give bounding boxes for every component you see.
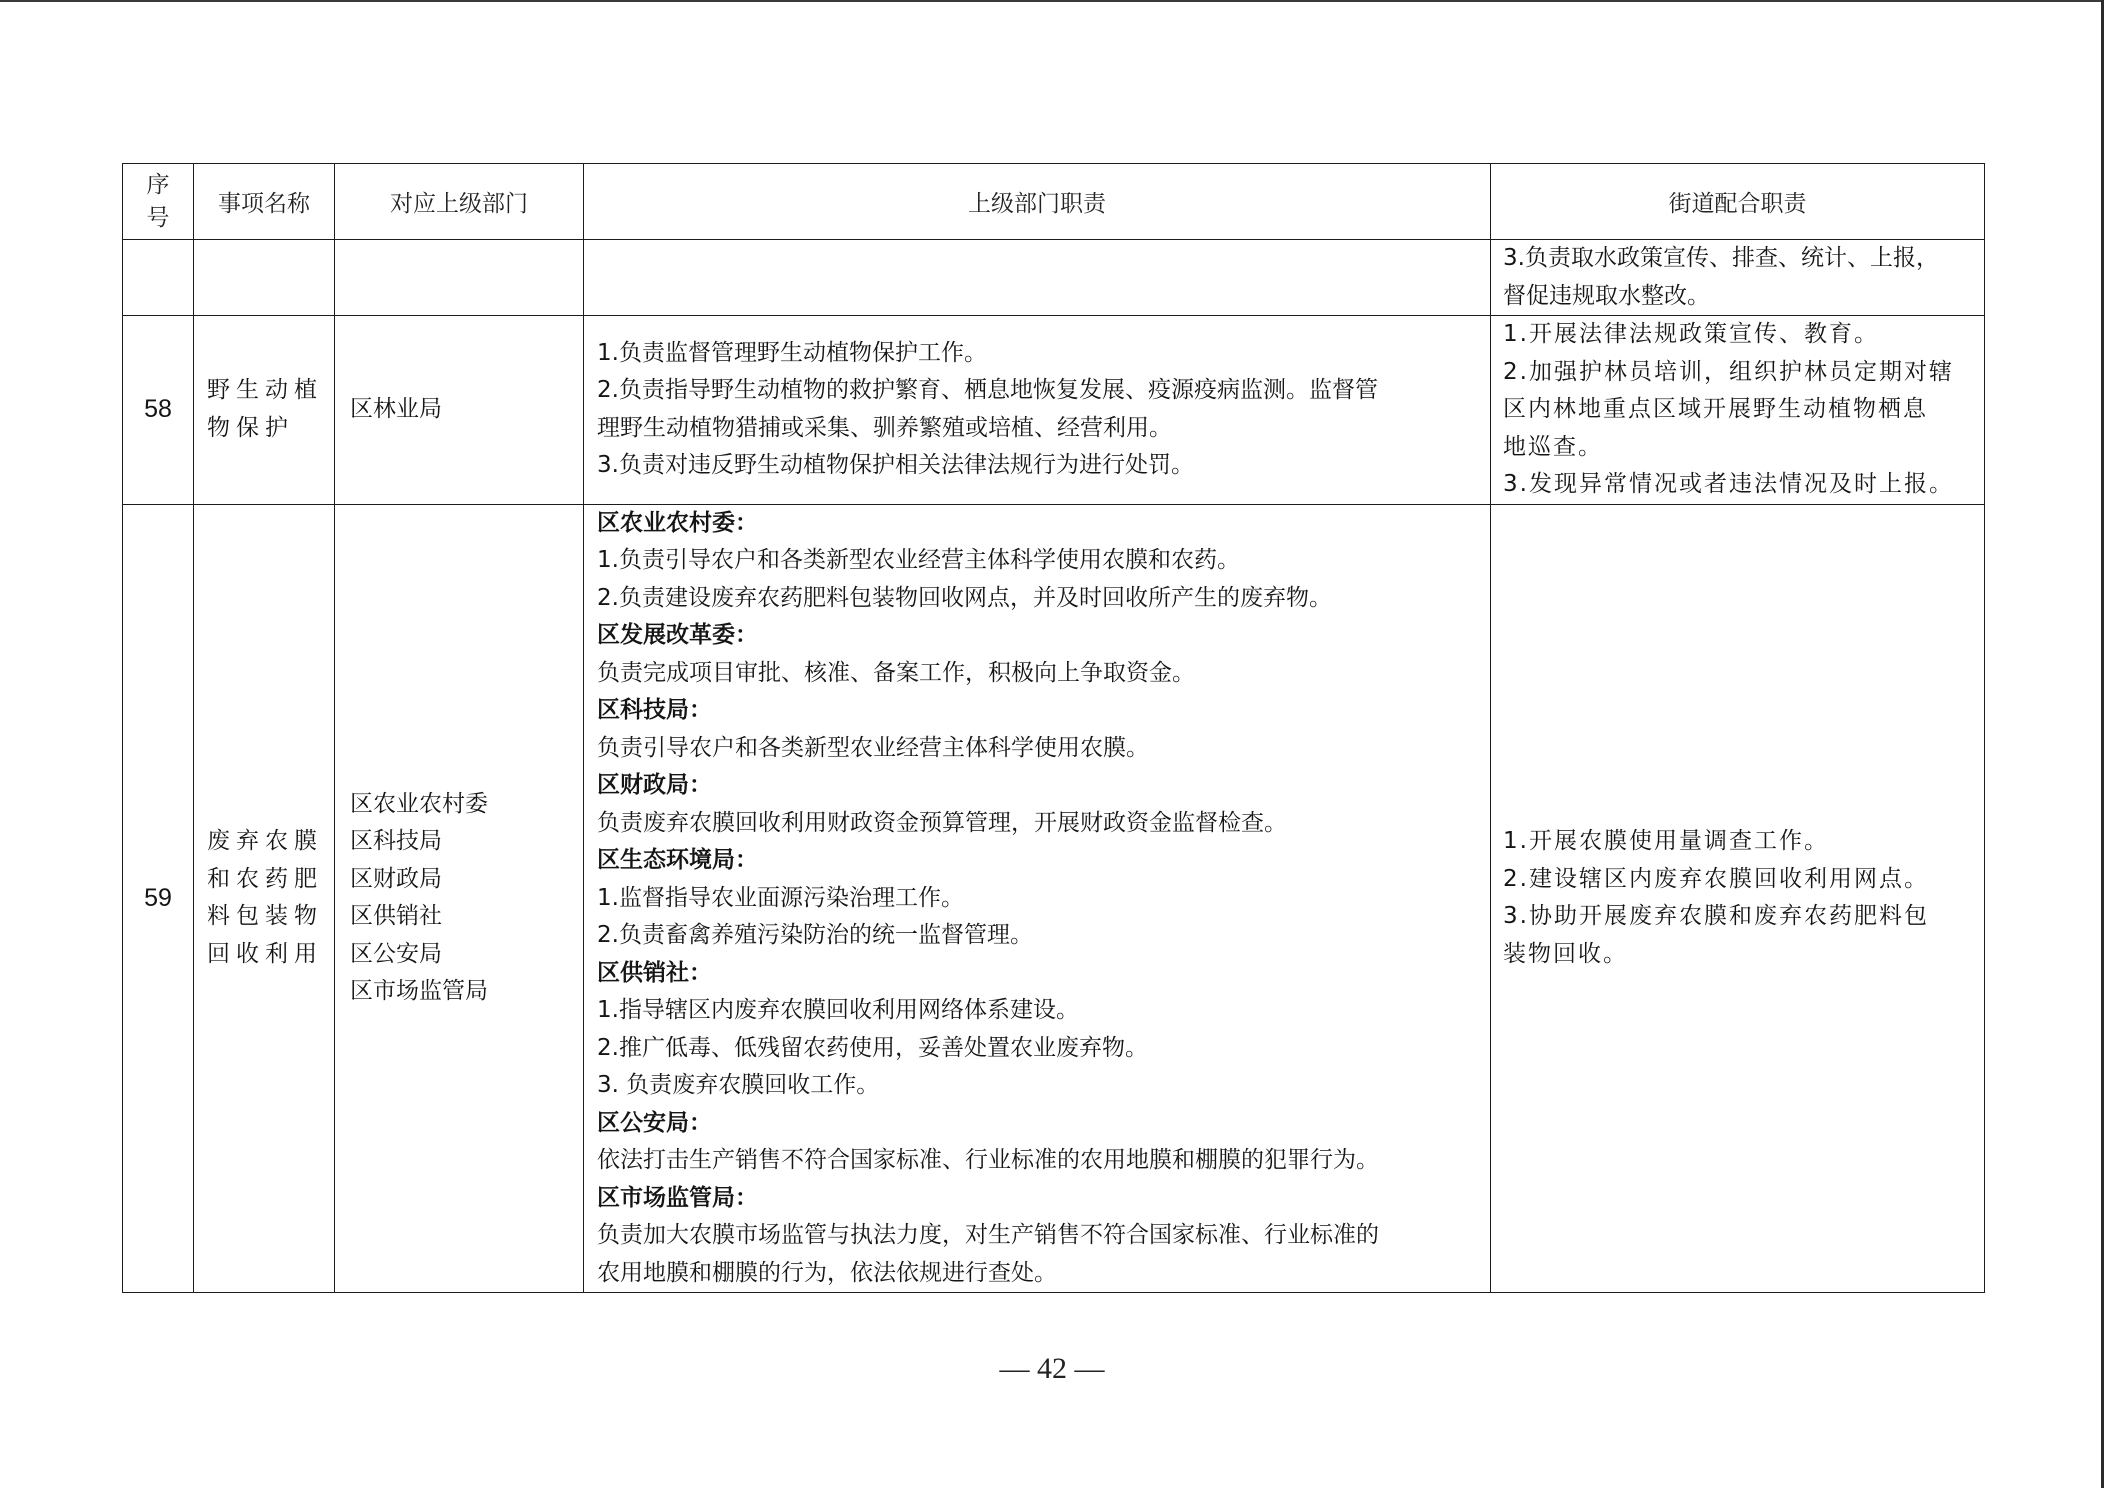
agency-heading: 区科技局： bbox=[597, 692, 1480, 730]
cell-no bbox=[123, 240, 194, 316]
street-duty-line: 1.开展农膜使用量调查工作。 bbox=[1503, 823, 1976, 861]
duty-line: 负责废弃农膜回收利用财政资金预算管理，开展财政资金监督检查。 bbox=[597, 805, 1480, 843]
duty-line: 1.指导辖区内废弃农膜回收利用网络体系建设。 bbox=[597, 992, 1480, 1030]
header-no-line-2: 号 bbox=[123, 202, 193, 235]
agency-heading: 区市场监管局： bbox=[597, 1180, 1480, 1218]
header-no: 序 号 bbox=[123, 164, 194, 240]
duty-line: 2.负责建设废弃农药肥料包装物回收网点，并及时回收所产生的废弃物。 bbox=[597, 580, 1480, 618]
duty-line: 负责加大农膜市场监管与执法力度，对生产销售不符合国家标准、行业标准的 bbox=[597, 1217, 1480, 1255]
street-duty-line: 1.开展法律法规政策宣传、教育。 bbox=[1503, 316, 1976, 354]
dept-name: 区市场监管局 bbox=[350, 973, 583, 1011]
duty-line: 负责引导农户和各类新型农业经营主体科学使用农膜。 bbox=[597, 730, 1480, 768]
street-duty-line: 2.加强护林员培训，组织护林员定期对辖 bbox=[1503, 354, 1976, 392]
table-header-row: 序 号 事项名称 对应上级部门 上级部门职责 街道配合职责 bbox=[123, 164, 1985, 240]
cell-superior-dept: 区农业农村委 区科技局 区财政局 区供销社 区公安局 区市场监管局 bbox=[335, 504, 584, 1293]
duty-line: 负责完成项目审批、核准、备案工作，积极向上争取资金。 bbox=[597, 655, 1480, 693]
cell-item-name bbox=[194, 240, 335, 316]
header-superior-duty: 上级部门职责 bbox=[584, 164, 1491, 240]
duty-line: 理野生动植物猎捕或采集、驯养繁殖或培植、经营利用。 bbox=[597, 410, 1480, 448]
cell-no: 58 bbox=[123, 316, 194, 505]
cell-street-duty: 3.负责取水政策宣传、排查、统计、上报， 督促违规取水整改。 bbox=[1491, 240, 1985, 316]
item-name-line: 回收利用 bbox=[207, 936, 326, 974]
responsibility-table: 序 号 事项名称 对应上级部门 上级部门职责 街道配合职责 3.负责取水政策宣传… bbox=[122, 163, 1985, 1293]
agency-heading: 区公安局： bbox=[597, 1105, 1480, 1143]
duty-line: 1.监督指导农业面源污染治理工作。 bbox=[597, 880, 1480, 918]
header-street-duty: 街道配合职责 bbox=[1491, 164, 1985, 240]
duty-line: 依法打击生产销售不符合国家标准、行业标准的农用地膜和棚膜的犯罪行为。 bbox=[597, 1142, 1480, 1180]
cell-item-name: 野生动植 物保护 bbox=[194, 316, 335, 505]
cell-superior-duty: 1.负责监督管理野生动植物保护工作。 2.负责指导野生动植物的救护繁育、栖息地恢… bbox=[584, 316, 1491, 505]
duty-line: 3. 负责废弃农膜回收工作。 bbox=[597, 1067, 1480, 1105]
street-duty-line: 3.发现异常情况或者违法情况及时上报。 bbox=[1503, 466, 1976, 504]
street-duty-line: 地巡查。 bbox=[1503, 429, 1976, 467]
street-duty-line: 3.协助开展废弃农膜和废弃农药肥料包 bbox=[1503, 898, 1976, 936]
table-row-59: 59 废弃农膜 和农药肥 料包装物 回收利用 区农业农村委 区科技局 区财政局 … bbox=[123, 504, 1985, 1293]
dept-name: 区农业农村委 bbox=[350, 786, 583, 824]
duty-line: 3.负责对违反野生动植物保护相关法律法规行为进行处罚。 bbox=[597, 447, 1480, 485]
cell-street-duty: 1.开展法律法规政策宣传、教育。 2.加强护林员培训，组织护林员定期对辖 区内林… bbox=[1491, 316, 1985, 505]
agency-heading: 区生态环境局： bbox=[597, 842, 1480, 880]
item-name-line: 和农药肥 bbox=[207, 861, 326, 899]
duty-line: 2.负责畜禽养殖污染防治的统一监督管理。 bbox=[597, 917, 1480, 955]
duty-line: 2.推广低毒、低残留农药使用，妥善处置农业废弃物。 bbox=[597, 1030, 1480, 1068]
agency-heading: 区发展改革委： bbox=[597, 617, 1480, 655]
header-no-line-1: 序 bbox=[123, 169, 193, 202]
agency-heading: 区供销社： bbox=[597, 955, 1480, 993]
cell-superior-duty: 区农业农村委： 1.负责引导农户和各类新型农业经营主体科学使用农膜和农药。 2.… bbox=[584, 504, 1491, 1293]
header-superior-dept: 对应上级部门 bbox=[335, 164, 584, 240]
street-duty-line: 督促违规取水整改。 bbox=[1503, 278, 1976, 316]
item-name-line: 野生动植 bbox=[207, 372, 326, 410]
cell-street-duty: 1.开展农膜使用量调查工作。 2.建设辖区内废弃农膜回收利用网点。 3.协助开展… bbox=[1491, 504, 1985, 1293]
street-duty-line: 3.负责取水政策宣传、排查、统计、上报， bbox=[1503, 240, 1976, 278]
cell-no: 59 bbox=[123, 504, 194, 1293]
dept-name: 区科技局 bbox=[350, 823, 583, 861]
table-row-continuation: 3.负责取水政策宣传、排查、统计、上报， 督促违规取水整改。 bbox=[123, 240, 1985, 316]
dept-name: 区财政局 bbox=[350, 861, 583, 899]
item-name-line: 料包装物 bbox=[207, 898, 326, 936]
header-item-name: 事项名称 bbox=[194, 164, 335, 240]
duty-line: 2.负责指导野生动植物的救护繁育、栖息地恢复发展、疫源疫病监测。监督管 bbox=[597, 372, 1480, 410]
item-name-line: 物保护 bbox=[207, 410, 326, 448]
cell-superior-dept bbox=[335, 240, 584, 316]
duty-line: 农用地膜和棚膜的行为，依法依规进行查处。 bbox=[597, 1255, 1480, 1293]
agency-heading: 区农业农村委： bbox=[597, 505, 1480, 543]
cell-item-name: 废弃农膜 和农药肥 料包装物 回收利用 bbox=[194, 504, 335, 1293]
cell-superior-dept: 区林业局 bbox=[335, 316, 584, 505]
duty-line: 1.负责引导农户和各类新型农业经营主体科学使用农膜和农药。 bbox=[597, 542, 1480, 580]
street-duty-line: 装物回收。 bbox=[1503, 936, 1976, 974]
item-name-line: 废弃农膜 bbox=[207, 823, 326, 861]
cell-superior-duty bbox=[584, 240, 1491, 316]
street-duty-line: 区内林地重点区域开展野生动植物栖息 bbox=[1503, 391, 1976, 429]
agency-heading: 区财政局： bbox=[597, 767, 1480, 805]
page-number: — 42 — bbox=[0, 1352, 2104, 1386]
dept-name: 区公安局 bbox=[350, 936, 583, 974]
duty-line: 1.负责监督管理野生动植物保护工作。 bbox=[597, 335, 1480, 373]
street-duty-line: 2.建设辖区内废弃农膜回收利用网点。 bbox=[1503, 861, 1976, 899]
table-row-58: 58 野生动植 物保护 区林业局 1.负责监督管理野生动植物保护工作。 2.负责… bbox=[123, 316, 1985, 505]
dept-name: 区林业局 bbox=[350, 391, 583, 429]
dept-name: 区供销社 bbox=[350, 898, 583, 936]
page-top-border bbox=[0, 0, 2104, 2]
